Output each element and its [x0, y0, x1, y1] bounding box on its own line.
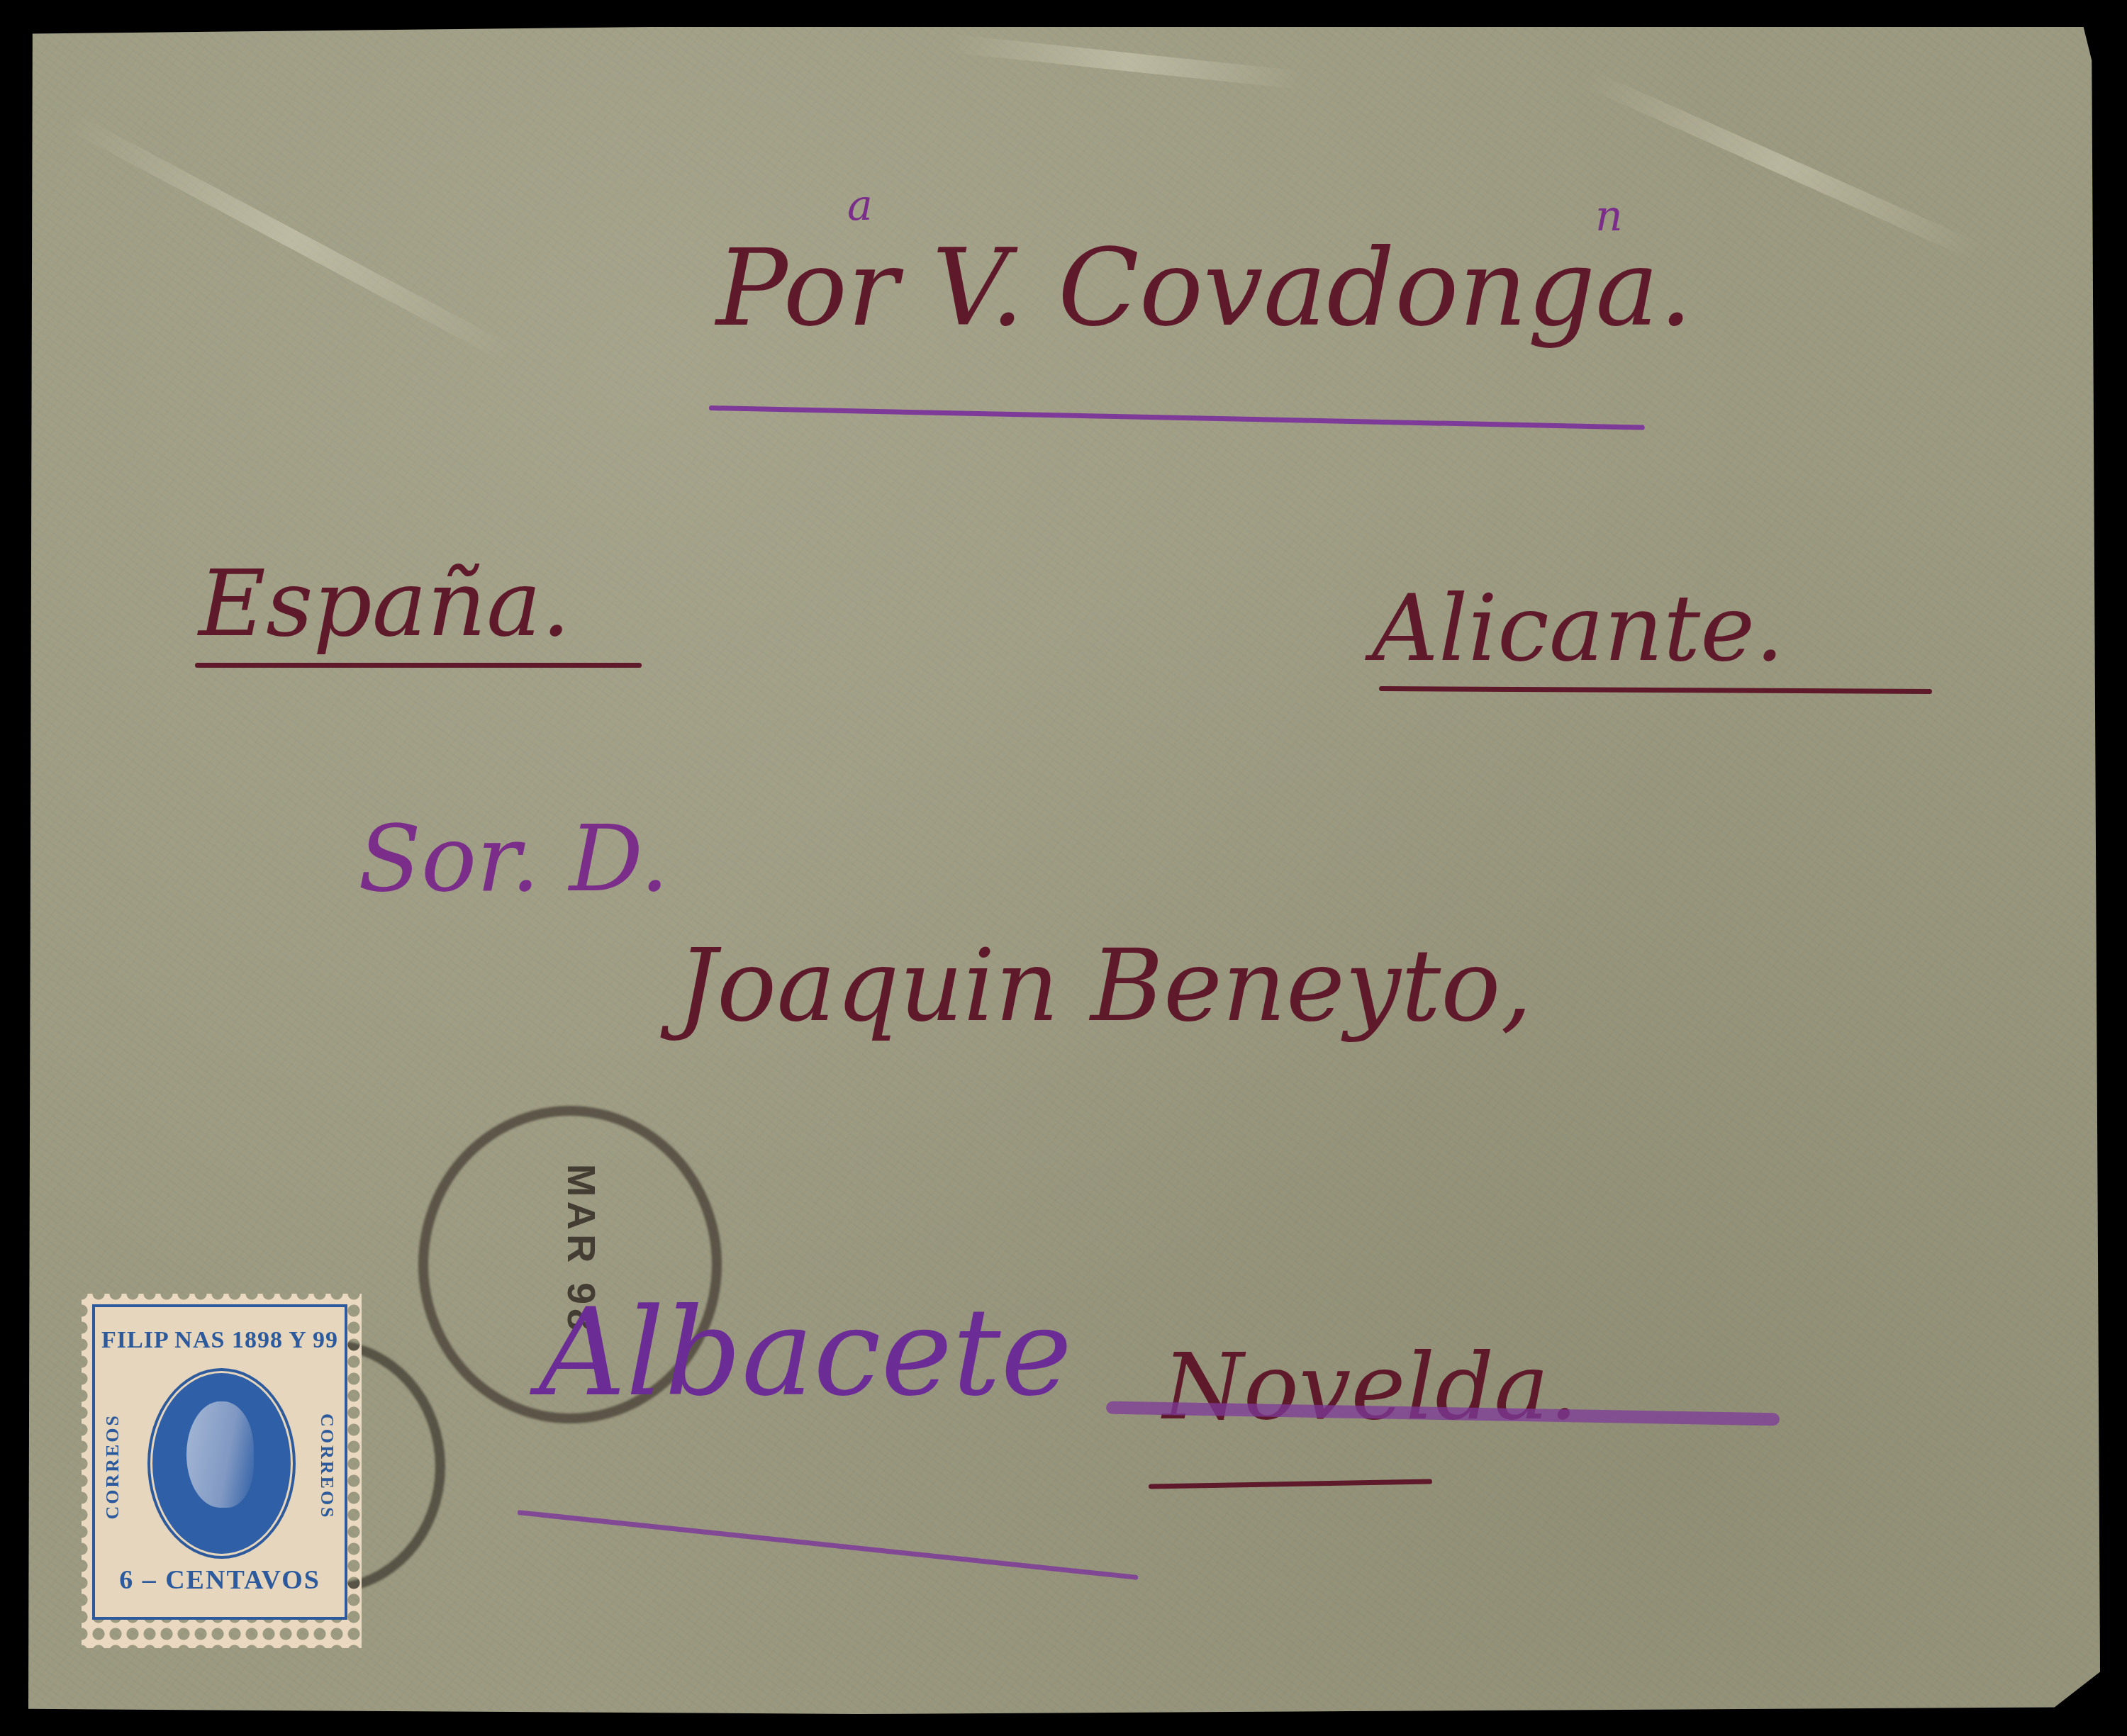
routing-text: Por V. Covadonga.	[716, 227, 1692, 350]
salutation-text: Sor. D.	[358, 805, 669, 912]
portrait-icon	[186, 1401, 254, 1508]
stamp-header: FILIP NAS 1898 Y 99	[95, 1327, 345, 1354]
routing-superscript-right: n	[1595, 191, 1623, 241]
province-text: Alicante.	[1372, 574, 1785, 682]
paper-crease	[949, 34, 1304, 89]
routing-superscript-left: a	[847, 181, 873, 230]
country-text: España.	[199, 549, 571, 657]
stamp-side-left: CORREOS	[102, 1413, 123, 1520]
postage-stamp: FILIP NAS 1898 Y 99 CORREOS CORREOS 6 – …	[92, 1304, 347, 1620]
paper-crease	[67, 113, 513, 363]
town-redirect: Albacete	[539, 1283, 1072, 1423]
stamp-country: FILIP NAS	[101, 1327, 225, 1353]
stamp-medallion	[150, 1371, 293, 1556]
stamp-side-right: CORREOS	[316, 1413, 337, 1520]
stamp-value: 6 – CENTAVOS	[95, 1564, 345, 1596]
town-original: Novelda.	[1163, 1333, 1578, 1440]
recipient-name: Joaquin Beneyto,	[677, 929, 1532, 1044]
stamp-year: 1898 Y 99	[232, 1327, 338, 1353]
country-underline	[195, 663, 642, 668]
